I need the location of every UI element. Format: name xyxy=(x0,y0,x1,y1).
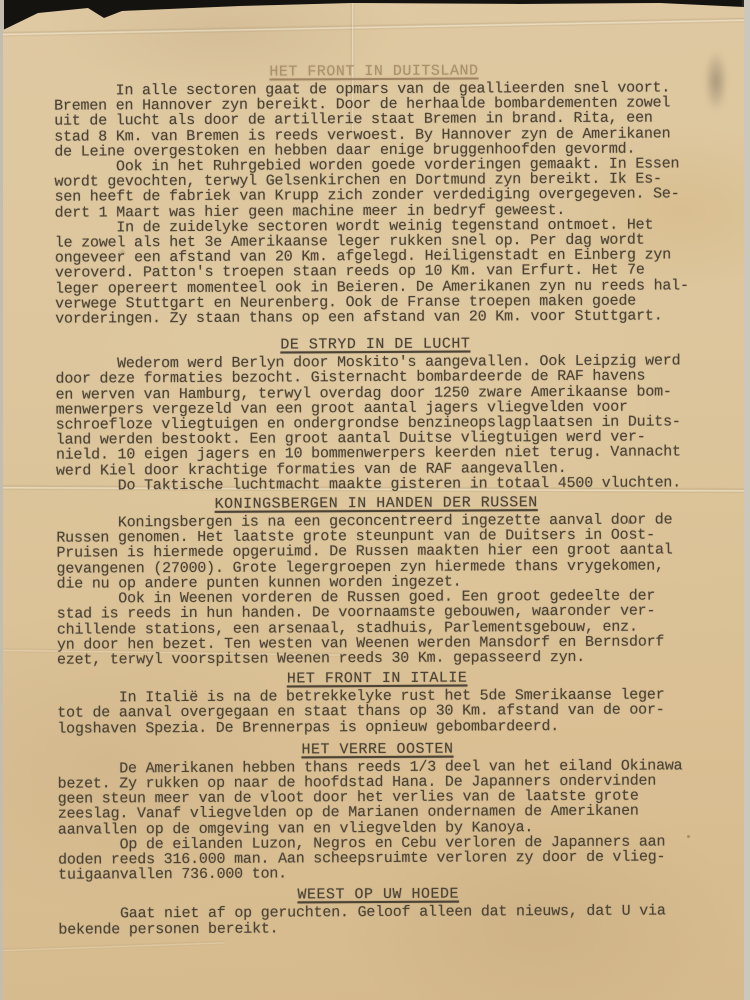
text-line: vorderingen. Zy staan thans op een afsta… xyxy=(55,308,749,327)
section-koningsbergen-in-handen-der-russen: KONINGSBERGEN IN HANDEN DER RUSSEN Konin… xyxy=(56,494,750,668)
section-het-front-in-italie: HET FRONT IN ITALIE In Italië is na de b… xyxy=(57,669,750,736)
text-line: bekende personen bereikt. xyxy=(58,919,750,938)
scan-edge-right xyxy=(744,0,750,1000)
section-het-verre-oosten: HET VERRE OOSTEN De Amerikanen hebben th… xyxy=(57,740,750,883)
section-title: HET VERRE OOSTEN xyxy=(57,740,697,759)
section-de-stryd-in-de-lucht: DE STRYD IN DE LUCHT Wederom werd Berlyn… xyxy=(55,335,750,493)
section-weest-op-uw-hoede: WEEST OP UW HOEDE Gaat niet af op geruch… xyxy=(58,885,750,937)
text-line: ezet, terwyl voorspitsen Weenen reeds 30… xyxy=(57,649,750,668)
text-line: Do Taktische luchtmacht maakte gisteren … xyxy=(56,475,750,494)
section-het-front-in-duitsland: HET FRONT IN DUITSLAND In alle sectoren … xyxy=(54,62,749,327)
document-text: HET FRONT IN DUITSLAND In alle sectoren … xyxy=(0,0,750,938)
paper-crease-bottom xyxy=(0,940,225,953)
section-title: HET FRONT IN DUITSLAND xyxy=(54,62,694,81)
text-line: logshaven Spezia. De Brennerpas is opnie… xyxy=(57,718,750,737)
text-line: Gaat niet af op geruchten. Geloof alleen… xyxy=(58,903,750,922)
text-line: tuigaanvallen 736.000 ton. xyxy=(58,864,750,883)
paper-sheet: HET FRONT IN DUITSLAND In alle sectoren … xyxy=(0,0,750,1000)
text-line: doden reeds 316.000 man. Aan scheepsruim… xyxy=(58,849,750,868)
